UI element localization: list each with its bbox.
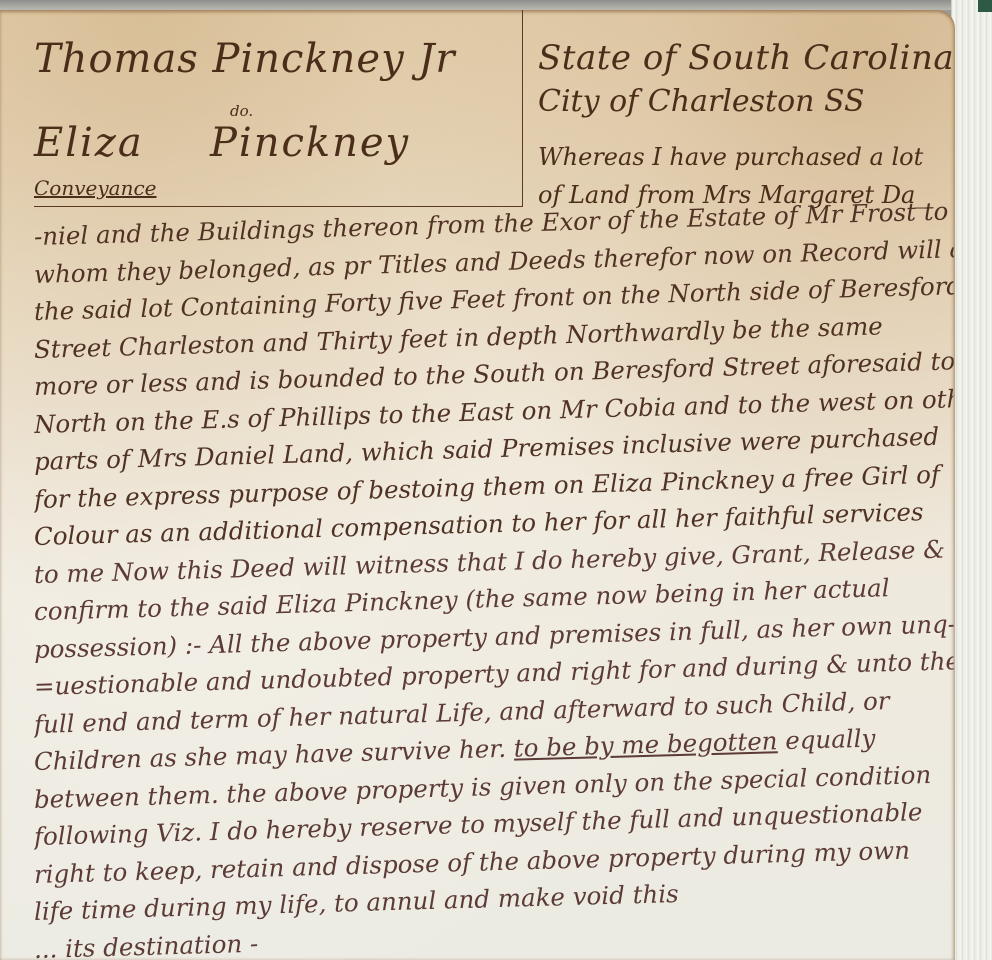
jurisdiction-heading: State of South Carolina City of Charlest… [538,38,954,119]
body-text-segment: equally [785,724,876,756]
ledger-page: Thomas Pinckney Jr Eliza do. Pinckney Co… [0,10,955,960]
ditto-mark: do. [230,102,253,120]
city-line: City of Charleston SS [538,84,954,119]
photo-top-edge [0,0,992,10]
recital-line: Whereas I have purchased a lot [538,138,927,176]
deed-body: -niel and the Buildings thereon from the… [34,218,954,960]
grantor-name: Thomas Pinckney Jr [34,36,456,82]
state-line: State of South Carolina [538,38,954,78]
grantee-last-name: Pinckney [210,120,410,166]
grantee-first-name: Eliza [34,120,144,166]
page-edges [951,0,992,960]
deed-header-box: Thomas Pinckney Jr Eliza do. Pinckney Co… [34,10,523,207]
document-type-label: Conveyance [34,176,157,200]
underlined-phrase: to be by me begotten [513,726,777,762]
bookmark-ribbon [978,0,992,12]
